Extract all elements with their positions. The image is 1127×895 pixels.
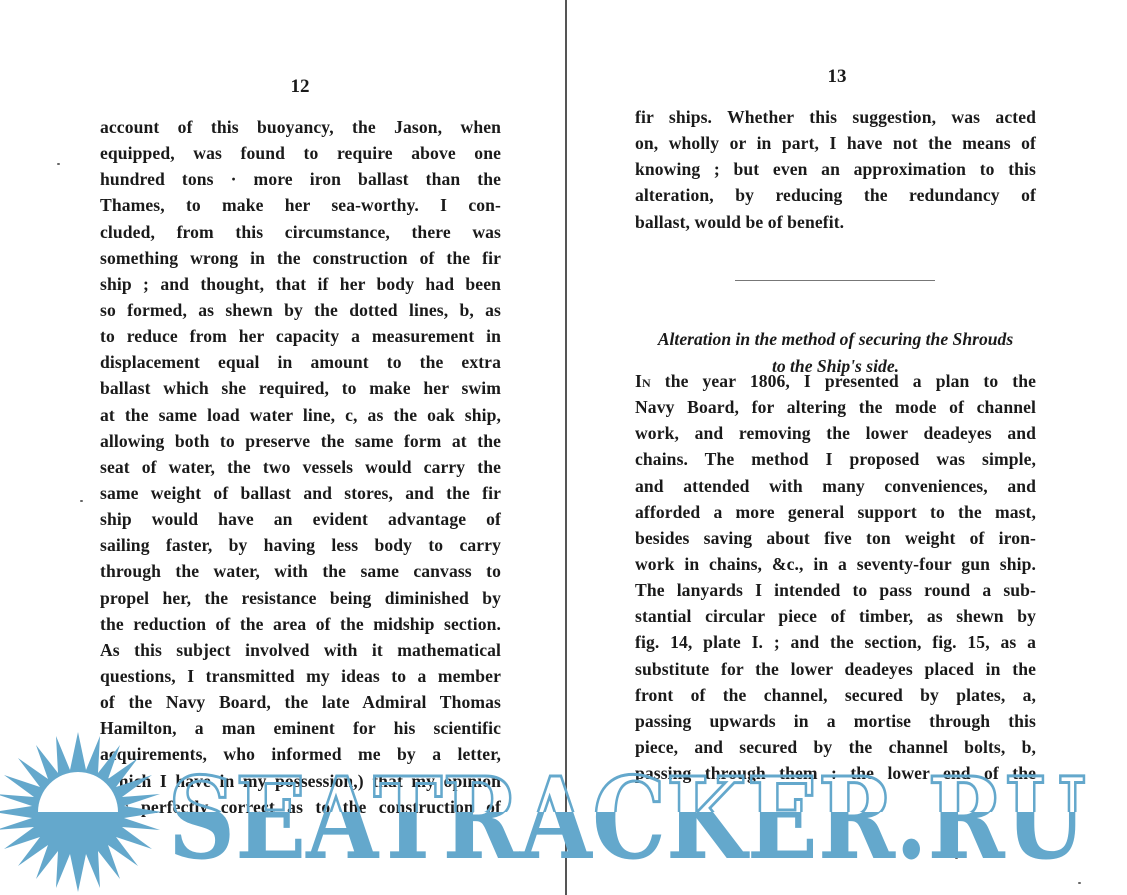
print-speck [57,163,60,165]
text-line: same weight of ballast and stores, and t… [100,480,501,506]
text-line: knowing ; but even an approximation to t… [635,156,1036,182]
section-heading-line: Alteration in the method of securing the… [628,326,1043,353]
text-line: ship ; and thought, that if her body had… [100,271,501,297]
text-line: displacement equal in amount to the extr… [100,349,501,375]
text-line: questions, I transmitted my ideas to a m… [100,663,501,689]
text-line: fir ships. Whether this suggestion, was … [635,104,1036,130]
text-line: equipped, was found to require above one [100,140,501,166]
text-line: The lanyards I intended to pass round a … [635,577,1036,603]
text-line: of the Navy Board, the late Admiral Thom… [100,689,501,715]
text-line: account of this buoyancy, the Jason, whe… [100,114,501,140]
text-line: In the year 1806, I presented a plan to … [635,368,1036,394]
page-number-right: 13 [567,66,1107,88]
text-line: stantial circular piece of timber, as sh… [635,603,1036,629]
left-page-text: account of this buoyancy, the Jason, whe… [100,114,501,820]
text-line: besides saving about five ton weight of … [635,525,1036,551]
text-line: chains. The method I proposed was simple… [635,446,1036,472]
right-page-body: In the year 1806, I presented a plan to … [635,368,1036,786]
text-line: passing upwards in a mortise through thi… [635,708,1036,734]
text-line: As this subject involved with it mathema… [100,637,501,663]
text-line: Navy Board, for altering the mode of cha… [635,394,1036,420]
right-page-intro: fir ships. Whether this suggestion, was … [635,104,1036,235]
print-speck [955,857,958,859]
text-line: and attended with many conveniences, and [635,473,1036,499]
text-line: on, wholly or in part, I have not the me… [635,130,1036,156]
text-line: afforded a more general support to the m… [635,499,1036,525]
text-line: substitute for the lower deadeyes placed… [635,656,1036,682]
text-line: ballast which she required, to make her … [100,375,501,401]
text-line: allowing both to preserve the same form … [100,428,501,454]
text-line: fig. 14, plate I. ; and the section, fig… [635,629,1036,655]
page-number-left: 12 [0,76,600,98]
print-speck [1078,882,1081,884]
text-line: the reduction of the area of the midship… [100,611,501,637]
text-line: seat of water, the two vessels would car… [100,454,501,480]
print-speck [80,500,83,502]
text-line: to reduce from her capacity a measuremen… [100,323,501,349]
text-line: Thames, to make her sea-worthy. I con- [100,192,501,218]
text-line: work in chains, &c., in a seventy-four g… [635,551,1036,577]
text-line: (which I have in my possession,) that my… [100,768,501,794]
text-line: ballast, would be of benefit. [635,209,1036,235]
text-line: work, and removing the lower deadeyes an… [635,420,1036,446]
text-line: alteration, by reducing the redundancy o… [635,182,1036,208]
drop-word: In [635,371,651,391]
text-fragment: the year 1806, I presented a plan to the [651,371,1036,391]
text-line: passing through them : the lower end of … [635,760,1036,786]
text-line: so formed, as shewn by the dotted lines,… [100,297,501,323]
text-line: propel her, the resistance being diminis… [100,585,501,611]
text-line: Hamilton, a man eminent for his scientif… [100,715,501,741]
text-line: piece, and secured by the channel bolts,… [635,734,1036,760]
text-line: acquirements, who informed me by a lette… [100,741,501,767]
text-line: was perfectly correct as to the construc… [100,794,501,820]
text-line: ship would have an evident advantage of [100,506,501,532]
text-line: through the water, with the same canvass… [100,558,501,584]
section-divider-rule [735,280,935,281]
text-line: front of the channel, secured by plates,… [635,682,1036,708]
text-line: hundred tons · more iron ballast than th… [100,166,501,192]
text-line: at the same load water line, c, as the o… [100,402,501,428]
text-line: cluded, from this circumstance, there wa… [100,219,501,245]
text-line: something wrong in the construction of t… [100,245,501,271]
text-line: sailing faster, by having less body to c… [100,532,501,558]
